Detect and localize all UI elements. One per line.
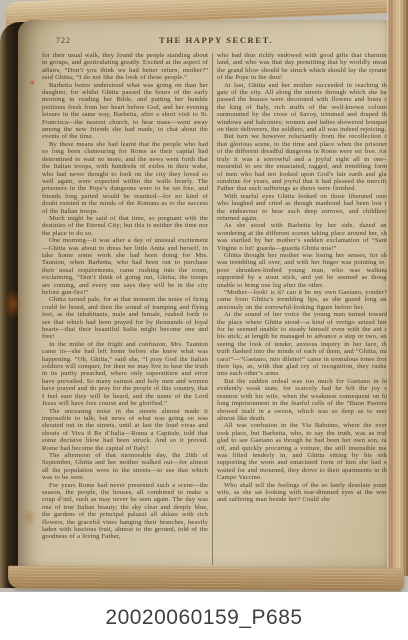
left-column: for their usual walk, they found the peo… [42, 52, 208, 565]
paragraph: Much might be said of that time, so preg… [42, 215, 208, 237]
paragraph: “Mother—look! is it? can it be my own Ga… [217, 289, 390, 311]
paragraph: For years Rome had never presented such … [42, 482, 208, 541]
paragraph: for their usual walk, they found the peo… [42, 52, 208, 82]
catalog-number: 20020060159_P685 [105, 602, 302, 630]
paragraph: Ghitta turned pale, for at that moment t… [42, 296, 208, 340]
paragraph: All was confusion in the Via Babuino, wh… [217, 422, 390, 481]
paragraph: Barbetta better understood what was goin… [42, 82, 208, 141]
paragraph: As she stood with Barbetta by her side, … [217, 222, 390, 252]
paragraph: By these means she had learnt that the p… [42, 141, 208, 215]
paragraph: The unceasing noise in the streets almos… [42, 408, 208, 452]
book-fore-edge [387, 0, 408, 576]
paragraph: In the midst of the fright and confusion… [42, 341, 208, 408]
book-scan-photo: 722 THE HAPPY SECRET. for their usual wa… [0, 0, 408, 640]
paragraph: Who shall tell the feelings of the so la… [217, 482, 390, 504]
paragraph: The afternoon of that memorable day, the… [42, 452, 208, 482]
paragraph: But the sudden ordeal was too much for G… [217, 378, 390, 422]
paragraph: At last, Ghitta and her mother succeeded… [217, 82, 390, 134]
paragraph: One morning—it was after a day of unusua… [42, 237, 208, 296]
catalog-label-strip: 20020060159_P685 [0, 592, 408, 640]
paragraph: But turn we however reluctantly from the… [217, 133, 390, 192]
book-bottom-page-edges [8, 566, 404, 592]
paragraph: who had thus richly endowed with good gi… [217, 52, 390, 82]
paragraph: With tearful eyes Ghitta looked on those… [217, 193, 390, 223]
right-column: who had thus richly endowed with good gi… [217, 52, 390, 565]
column-divider-rule [212, 53, 213, 565]
running-title: THE HAPPY SECRET. [42, 35, 390, 45]
paragraph: At the sound of her voice the young man … [217, 311, 390, 378]
paragraph: Ghitta thought her mother was losing her… [217, 252, 390, 289]
book-page: 722 THE HAPPY SECRET. for their usual wa… [18, 20, 390, 572]
text-block: for their usual walk, they found the peo… [42, 52, 390, 565]
